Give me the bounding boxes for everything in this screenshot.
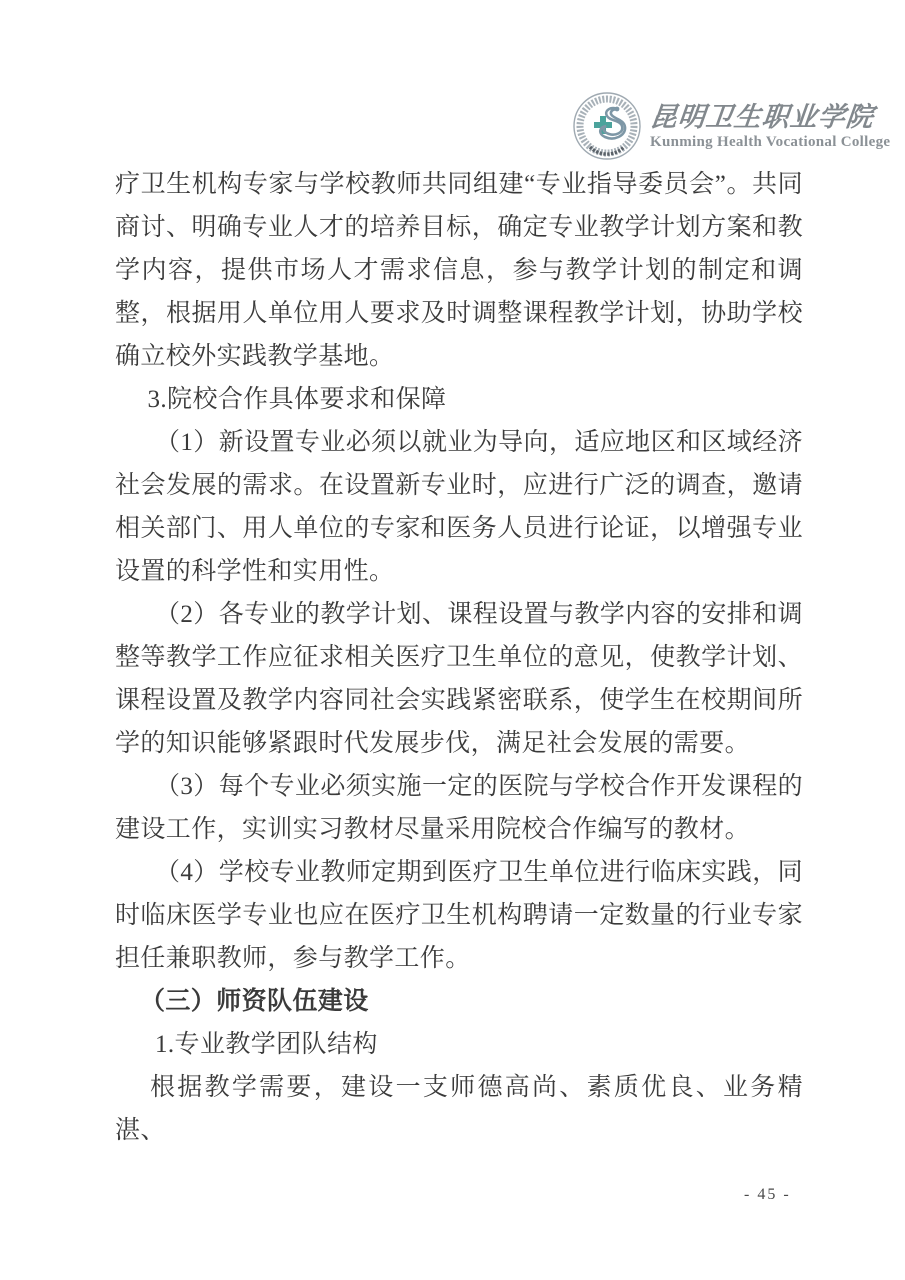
college-name-block: 昆明卫生职业学院 Kunming Health Vocational Colle… <box>650 101 890 151</box>
subheading-hospital-school-cooperation: 3.院校合作具体要求和保障 <box>115 378 803 421</box>
seal-serpent-head <box>615 106 620 111</box>
paragraph-item-4: （4）学校专业教师定期到医疗卫生单位进行临床实践，同时临床医学专业也应在医疗卫生… <box>115 851 803 980</box>
paragraph-item-2: （2）各专业的教学计划、课程设置与教学内容的安排和调整等教学工作应征求相关医疗卫… <box>115 593 803 765</box>
section-heading-faculty-building: （三）师资队伍建设 <box>115 980 803 1023</box>
college-name-en: Kunming Health Vocational College <box>650 133 890 151</box>
document-page: 昆明卫生职业学院 Kunming Health Vocational Colle… <box>0 0 905 1280</box>
paragraph-teaching-needs: 根据教学需要，建设一支师德高尚、素质优良、业务精湛、 <box>115 1066 803 1152</box>
paragraph-item-1: （1）新设置专业必须以就业为导向，适应地区和区域经济社会发展的需求。在设置新专业… <box>115 421 803 593</box>
college-name-zh: 昆明卫生职业学院 <box>648 101 892 133</box>
college-seal-logo <box>572 91 642 161</box>
page-header: 昆明卫生职业学院 Kunming Health Vocational Colle… <box>572 88 872 163</box>
document-body: 疗卫生机构专家与学校教师共同组建“专业指导委员会”。共同商讨、明确专业人才的培养… <box>115 163 803 1152</box>
page-number: - 45 - <box>744 1186 791 1204</box>
paragraph-continuation: 疗卫生机构专家与学校教师共同组建“专业指导委员会”。共同商讨、明确专业人才的培养… <box>115 163 803 378</box>
paragraph-item-3: （3）每个专业必须实施一定的医院与学校合作开发课程的建设工作，实训实习教材尽量采… <box>115 765 803 851</box>
subheading-teaching-team-structure: 1.专业教学团队结构 <box>115 1023 803 1066</box>
